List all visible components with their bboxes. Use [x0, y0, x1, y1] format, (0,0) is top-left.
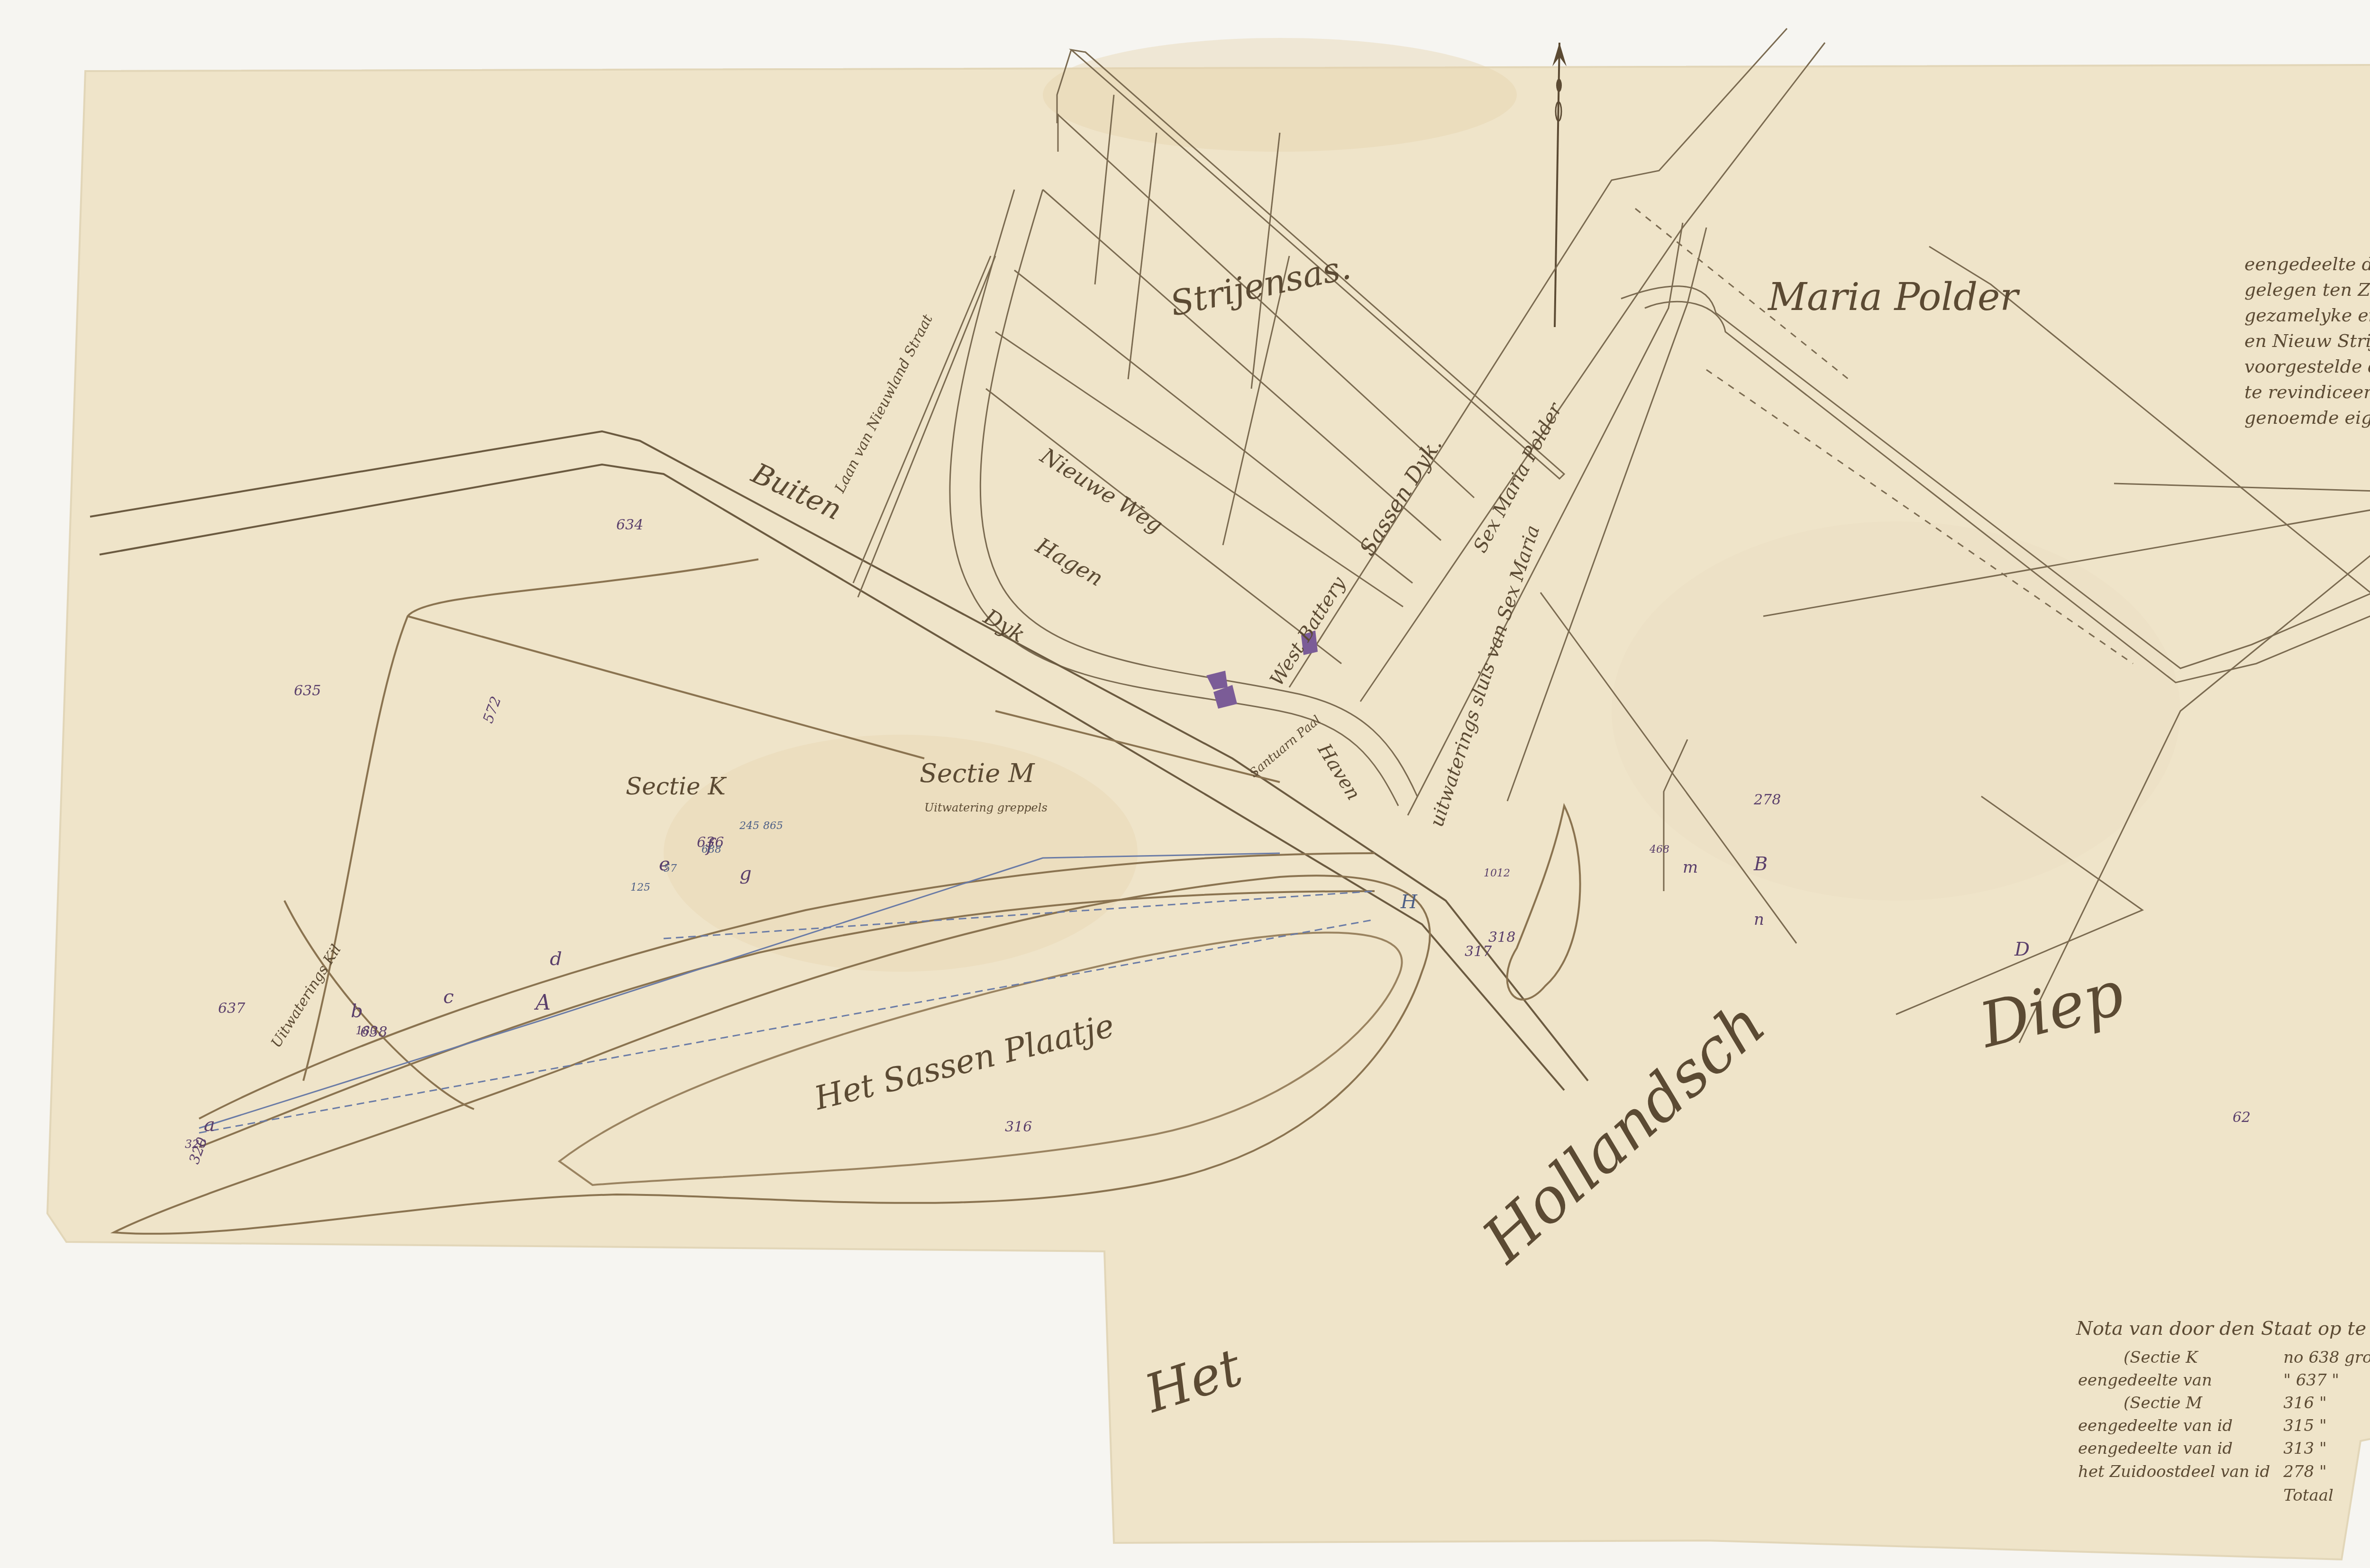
label-maria-polder: Maria Polder	[1768, 275, 2018, 319]
measurement: 180	[355, 1024, 377, 1037]
row-desc: het Zuidoostdeel van id	[2071, 1460, 2277, 1484]
measurement: 320	[185, 1138, 207, 1151]
row-ref: 313 "	[2277, 1437, 2370, 1460]
row-ref: 278 "	[2277, 1460, 2370, 1484]
measurement: 1012	[1484, 867, 1510, 879]
survey-point: H	[1401, 891, 1417, 913]
table-row: (Sectie M 316 " 16.80.90 "	[2071, 1392, 2370, 1414]
total-label: Totaal	[2277, 1484, 2370, 1507]
area-table-title: Nota van door den Staat op te vorderen g…	[2076, 1318, 2370, 1340]
table-row: eengedeelte van id 313 " 44.57 "	[2071, 1437, 2370, 1460]
row-ref: no 638 groot	[2277, 1346, 2370, 1369]
title-line: genoemde eigenaren	[2244, 405, 2370, 430]
survey-point: b	[351, 1000, 363, 1022]
row-desc: (Sectie K	[2071, 1346, 2277, 1369]
table-row: eengedeelte van " 637 " 77.76 "	[2071, 1369, 2370, 1392]
title-line: te revindiceeren Oppervlakte, en de buit…	[2244, 379, 2370, 405]
row-desc: eengedeelte van	[2071, 1369, 2277, 1392]
table-row: het Zuidoostdeel van id 278 " 3.32.25 "	[2071, 1460, 2370, 1484]
survey-point: m	[1683, 858, 1698, 877]
survey-point: D	[2014, 939, 2030, 960]
measurement: 688	[702, 844, 721, 856]
survey-point: g	[739, 863, 752, 884]
parcel-number: 317	[1465, 943, 1492, 960]
table-row: (Sectie K no 638 groot 9.70.00 hectaren	[2071, 1346, 2370, 1369]
measurement: 865	[763, 820, 783, 832]
parcel-number: 635	[294, 683, 321, 699]
title-line: gezamelyke eigenaren van het Land van Es…	[2244, 302, 2370, 328]
title-line: eengedeelte der buitengronden met het Sa…	[2244, 251, 2370, 277]
table-row: eengedeelte van id 315 " 52.85 "	[2071, 1414, 2370, 1437]
label-sectie-m: Sectie M	[920, 758, 1035, 788]
label-sectie-k: Sectie K	[626, 773, 726, 800]
row-ref: 316 "	[2277, 1392, 2370, 1414]
parcel-number: 62	[2233, 1109, 2251, 1126]
row-ref: 315 "	[2277, 1414, 2370, 1437]
map-drawing	[0, 0, 2370, 1568]
row-ref: " 637 "	[2277, 1369, 2370, 1392]
measurement: 468	[1650, 844, 1669, 856]
measurement: 245	[739, 820, 759, 832]
row-desc: (Sectie M	[2071, 1392, 2277, 1414]
map-sheet: KAART VAN eengedeelte der buitengronden …	[0, 0, 2370, 1568]
survey-point: n	[1754, 910, 1764, 929]
survey-point: A	[536, 991, 551, 1015]
survey-point: B	[1754, 853, 1768, 875]
map-title-description: eengedeelte der buitengronden met het Sa…	[2244, 251, 2370, 430]
parcel-number: 634	[616, 517, 643, 533]
survey-point: a	[204, 1114, 215, 1136]
label-uitwatering-greppels: Uitwatering greppels	[924, 801, 1048, 814]
row-desc: eengedeelte van id	[2071, 1414, 2277, 1437]
survey-point: c	[443, 986, 454, 1008]
table-total-row: Totaal 30.98.33 "	[2071, 1484, 2370, 1507]
parcel-number: 318	[1488, 929, 1515, 946]
title-line: en Nieuw Strijen waarop in rood is aange…	[2244, 328, 2370, 354]
title-line: gelegen ten Zuiden van Strijensas in bez…	[2244, 277, 2370, 302]
area-table: (Sectie K no 638 groot 9.70.00 hectaren …	[2071, 1346, 2370, 1507]
survey-point: d	[550, 948, 562, 970]
row-blank	[2071, 1484, 2277, 1507]
parcel-number: 637	[218, 1000, 245, 1017]
parcel-number: 316	[1005, 1119, 1032, 1135]
measurement: 57	[664, 863, 677, 875]
title-line: voorgestelde delimitatie lyn tusschen de…	[2244, 354, 2370, 379]
parcel-number: 278	[1754, 792, 1781, 808]
measurement: 125	[630, 882, 650, 893]
row-desc: eengedeelte van id	[2071, 1437, 2277, 1460]
